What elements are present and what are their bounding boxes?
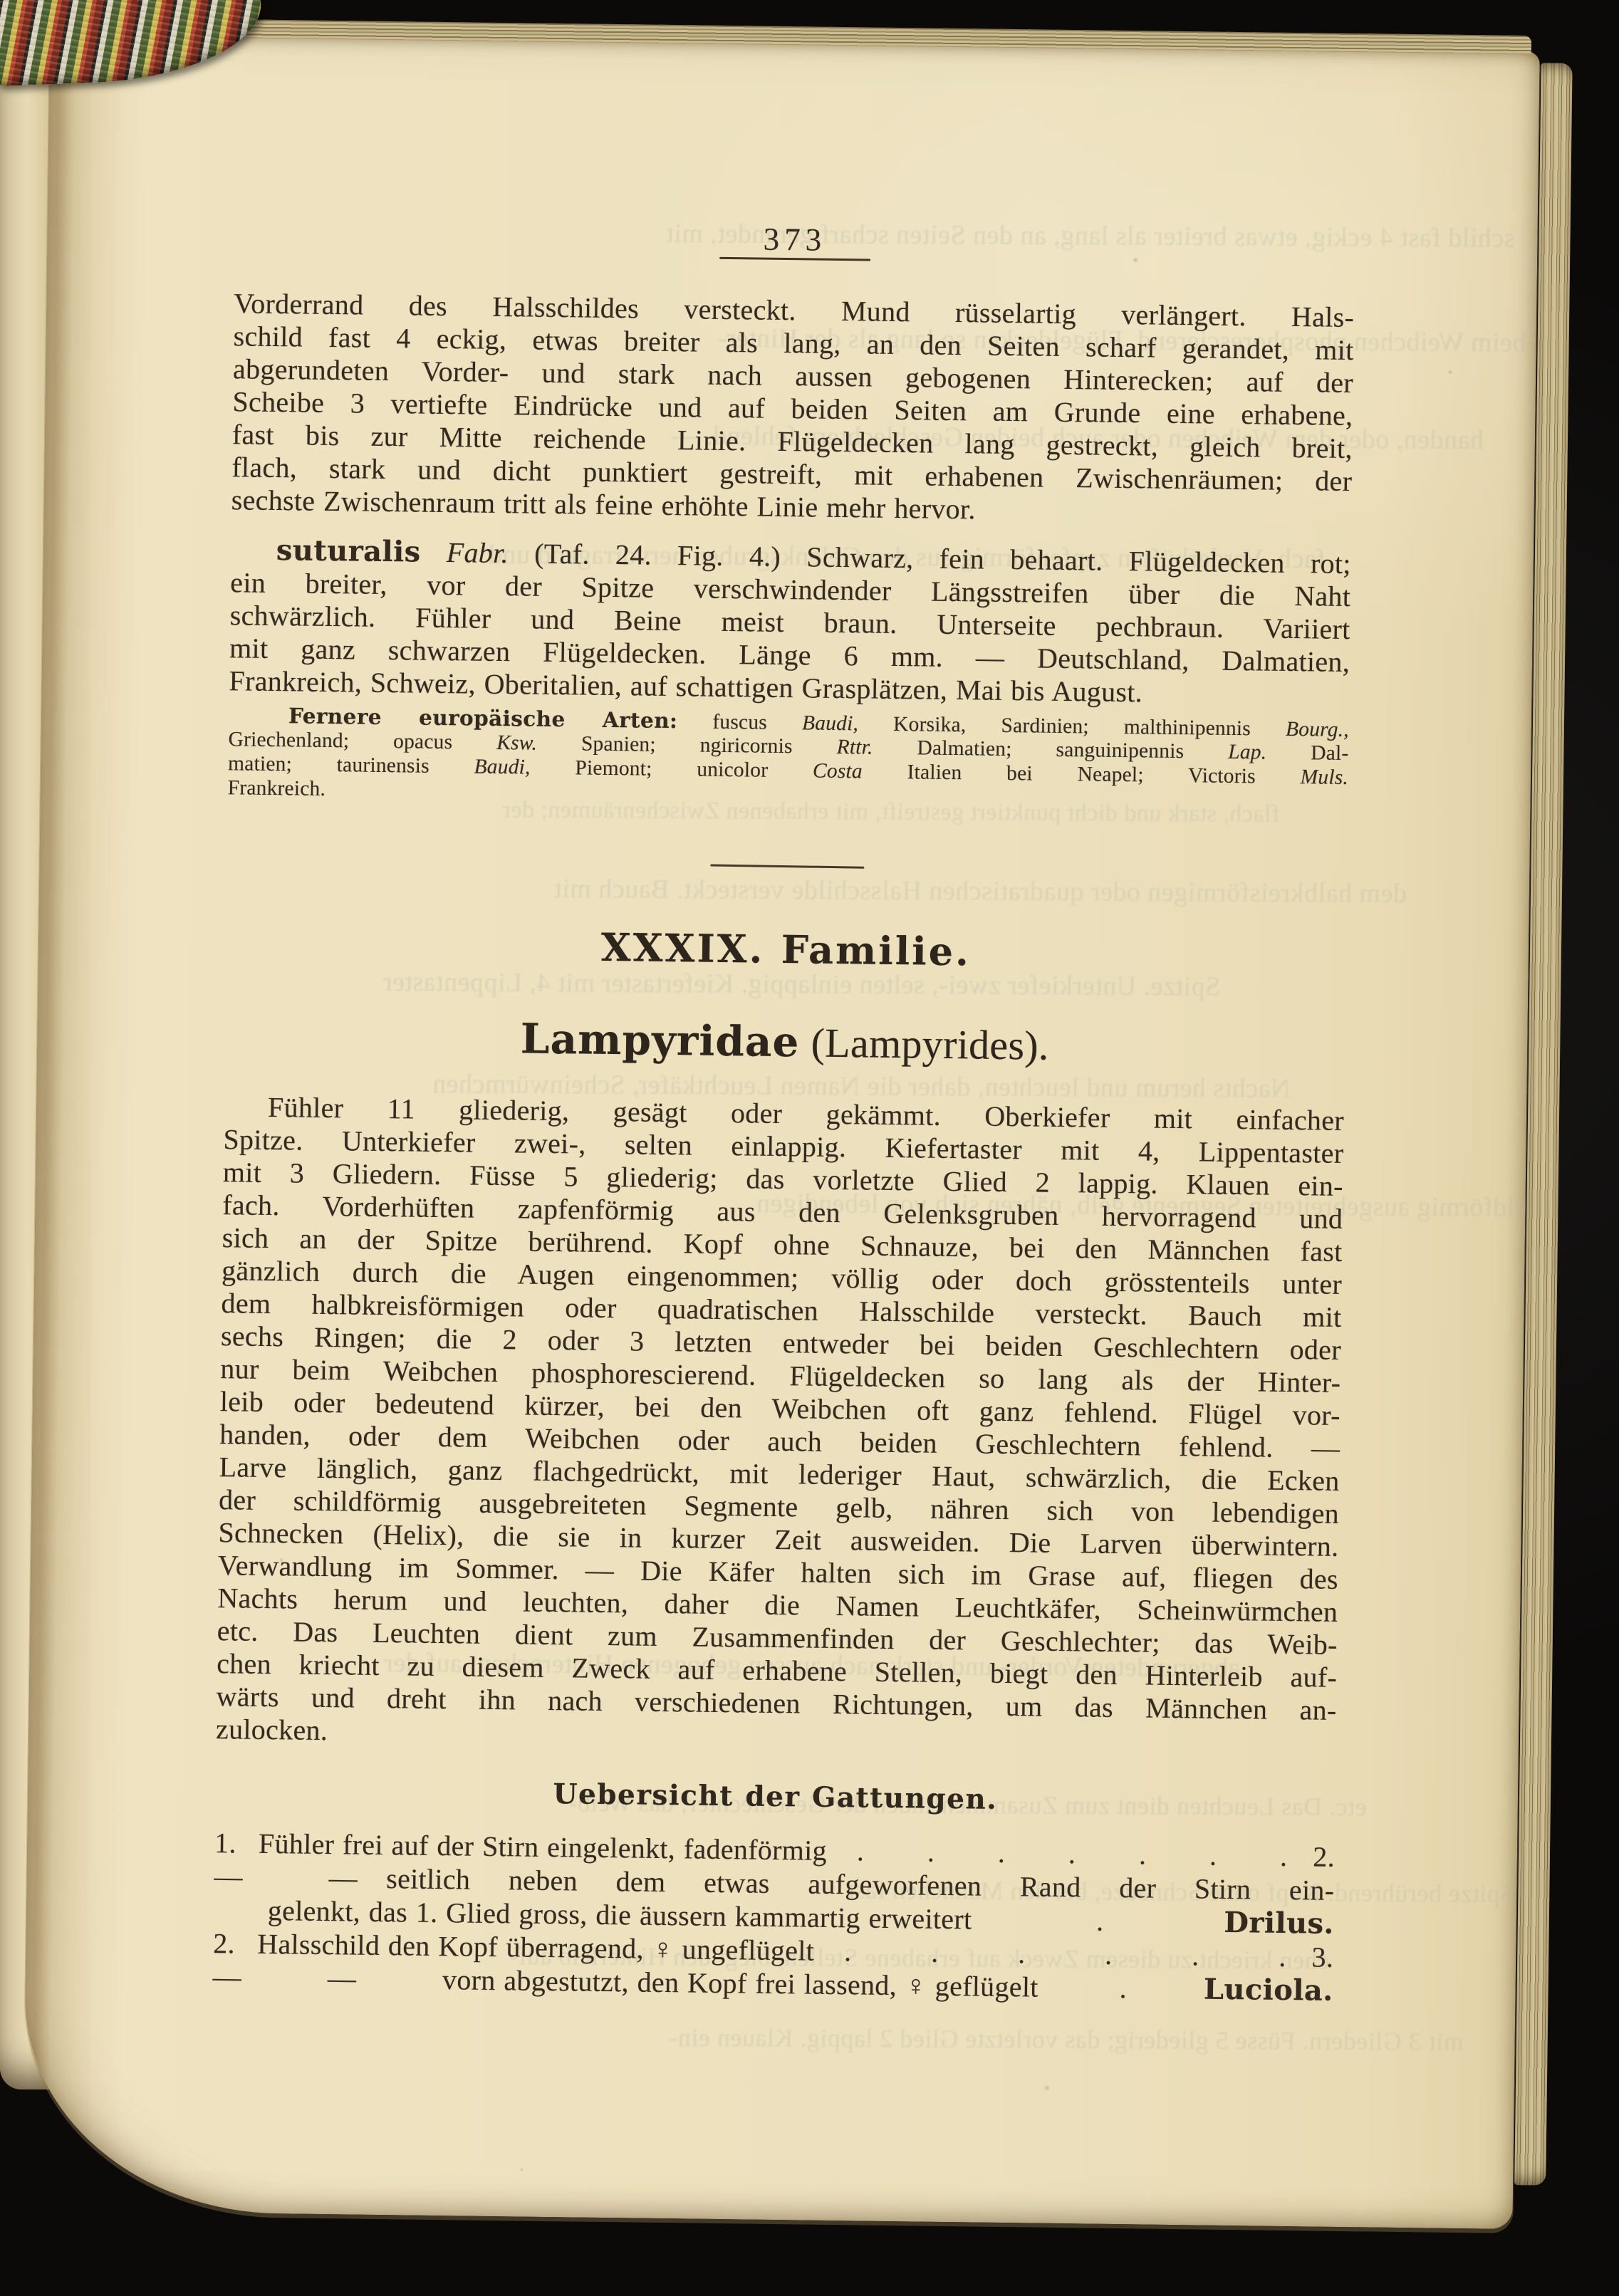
leader-dot: . bbox=[998, 1837, 1006, 1869]
text-segment: matien; taurinensis bbox=[228, 752, 474, 778]
family-number-heading: XXXIX. Familie. bbox=[226, 920, 1347, 979]
text-segment: Baudi, bbox=[802, 711, 858, 735]
text-column: 373 Vorderrand des Halsschildes versteck… bbox=[212, 216, 1355, 2008]
family-name-bold: Lampyridae bbox=[520, 1014, 799, 1066]
key-target: 3. bbox=[1311, 1941, 1333, 1973]
text-segment: Piemont; unicolor bbox=[530, 756, 813, 783]
dot-leader: ...... bbox=[814, 1935, 1312, 1974]
text-segment: Fabr. bbox=[447, 536, 509, 569]
top-page-edges bbox=[157, 19, 1531, 54]
paragraph-suturalis: suturalis Fabr. (Taf. 24. Fig. 4.) Schwa… bbox=[229, 533, 1351, 711]
page-number-rule bbox=[719, 257, 870, 261]
text-segment: Griechenland; opacus bbox=[228, 728, 496, 754]
key-text: Halsschild den Kopf überragend, ♀ ungefl… bbox=[257, 1928, 814, 1968]
right-page-edges bbox=[1514, 63, 1572, 2185]
text-segment: Ksw. bbox=[496, 731, 537, 755]
leader-dot: . bbox=[844, 1935, 852, 1968]
text-segment: Lap. bbox=[1228, 741, 1266, 764]
leader-dot: . bbox=[1192, 1939, 1199, 1972]
dot-leader: . bbox=[972, 1903, 1224, 1938]
leader-dot: . bbox=[927, 1836, 935, 1869]
text-segment: fuscus bbox=[677, 710, 802, 734]
bleedthrough-text: mit 3 Gliedern. Füsse 5 gliederig; das v… bbox=[395, 2021, 1464, 2057]
book-page: schild fast 4 eckig, etwas breiter als l… bbox=[23, 33, 1540, 2229]
genera-key: 1.Fühler frei auf der Stirn eingelenkt, … bbox=[212, 1827, 1335, 2008]
text-segment: Bourg., bbox=[1286, 718, 1349, 741]
text-segment: Baudi, bbox=[474, 756, 530, 779]
leader-dot: . bbox=[1279, 1941, 1286, 1973]
leader-dot: . bbox=[931, 1936, 939, 1969]
paragraph-halsschild: Vorderrand des Halsschildes versteckt. M… bbox=[231, 287, 1354, 531]
text-segment: Rttr. bbox=[836, 736, 873, 759]
text-segment: suturalis bbox=[276, 533, 421, 569]
leader-dot: . bbox=[857, 1835, 865, 1867]
text-segment: Halsschild den Kopf überragend, ♀ ungefl… bbox=[257, 1928, 814, 1967]
section-divider-rule bbox=[710, 864, 864, 868]
leader-dot: . bbox=[1105, 1938, 1113, 1971]
text-segment: Dal- bbox=[1266, 741, 1349, 765]
leader-dot: . bbox=[1068, 1837, 1076, 1870]
text-segment: Muls. bbox=[1300, 766, 1348, 789]
family-name-heading: Lampyridae (Lampyrides). bbox=[224, 1008, 1345, 1076]
key-target: 2. bbox=[1313, 1840, 1335, 1873]
text-segment: Fühler frei auf der Stirn eingelenkt, fa… bbox=[259, 1827, 827, 1867]
key-target: Drilus. bbox=[1224, 1906, 1334, 1941]
text-segment: Frankreich. bbox=[227, 776, 326, 800]
leader-dot: . bbox=[1018, 1937, 1026, 1970]
leader-dot: . bbox=[1096, 1905, 1104, 1938]
leader-dot: . bbox=[1139, 1838, 1147, 1871]
text-segment: Dalmatien; sanguinipennis bbox=[873, 736, 1228, 763]
leader-dot: . bbox=[1209, 1840, 1217, 1872]
dot-leader: ....... bbox=[827, 1835, 1313, 1874]
text-segment: zulocken. bbox=[216, 1713, 328, 1746]
leader-dot: . bbox=[1119, 1972, 1127, 2005]
key-couplet-number: 1. bbox=[214, 1827, 259, 1860]
text-segment bbox=[420, 536, 447, 568]
text-segment: Spanien; ngiricornis bbox=[537, 732, 837, 758]
paragraph-further-species: Fernere europäische Arten: fuscus Baudi,… bbox=[227, 703, 1349, 814]
key-target: Luciola. bbox=[1204, 1973, 1333, 2008]
paragraph-family-description: Fühler 11 gliederig, gesägt oder gekämmt… bbox=[216, 1090, 1344, 1760]
leader-dot: . bbox=[1280, 1840, 1288, 1873]
scanned-book-photo: schild fast 4 eckig, etwas breiter als l… bbox=[0, 0, 1619, 2296]
page-number: 373 bbox=[234, 216, 1355, 262]
text-segment: Italien bei Neapel; Victoris bbox=[863, 760, 1301, 788]
key-couplet-number: 2. bbox=[213, 1927, 258, 1961]
genera-overview-heading: Uebersicht der Gattungen. bbox=[215, 1773, 1336, 1821]
dot-leader: . bbox=[1038, 1971, 1204, 2006]
family-name-roman: (Lampyrides). bbox=[799, 1019, 1049, 1068]
text-segment: Costa bbox=[813, 760, 863, 783]
